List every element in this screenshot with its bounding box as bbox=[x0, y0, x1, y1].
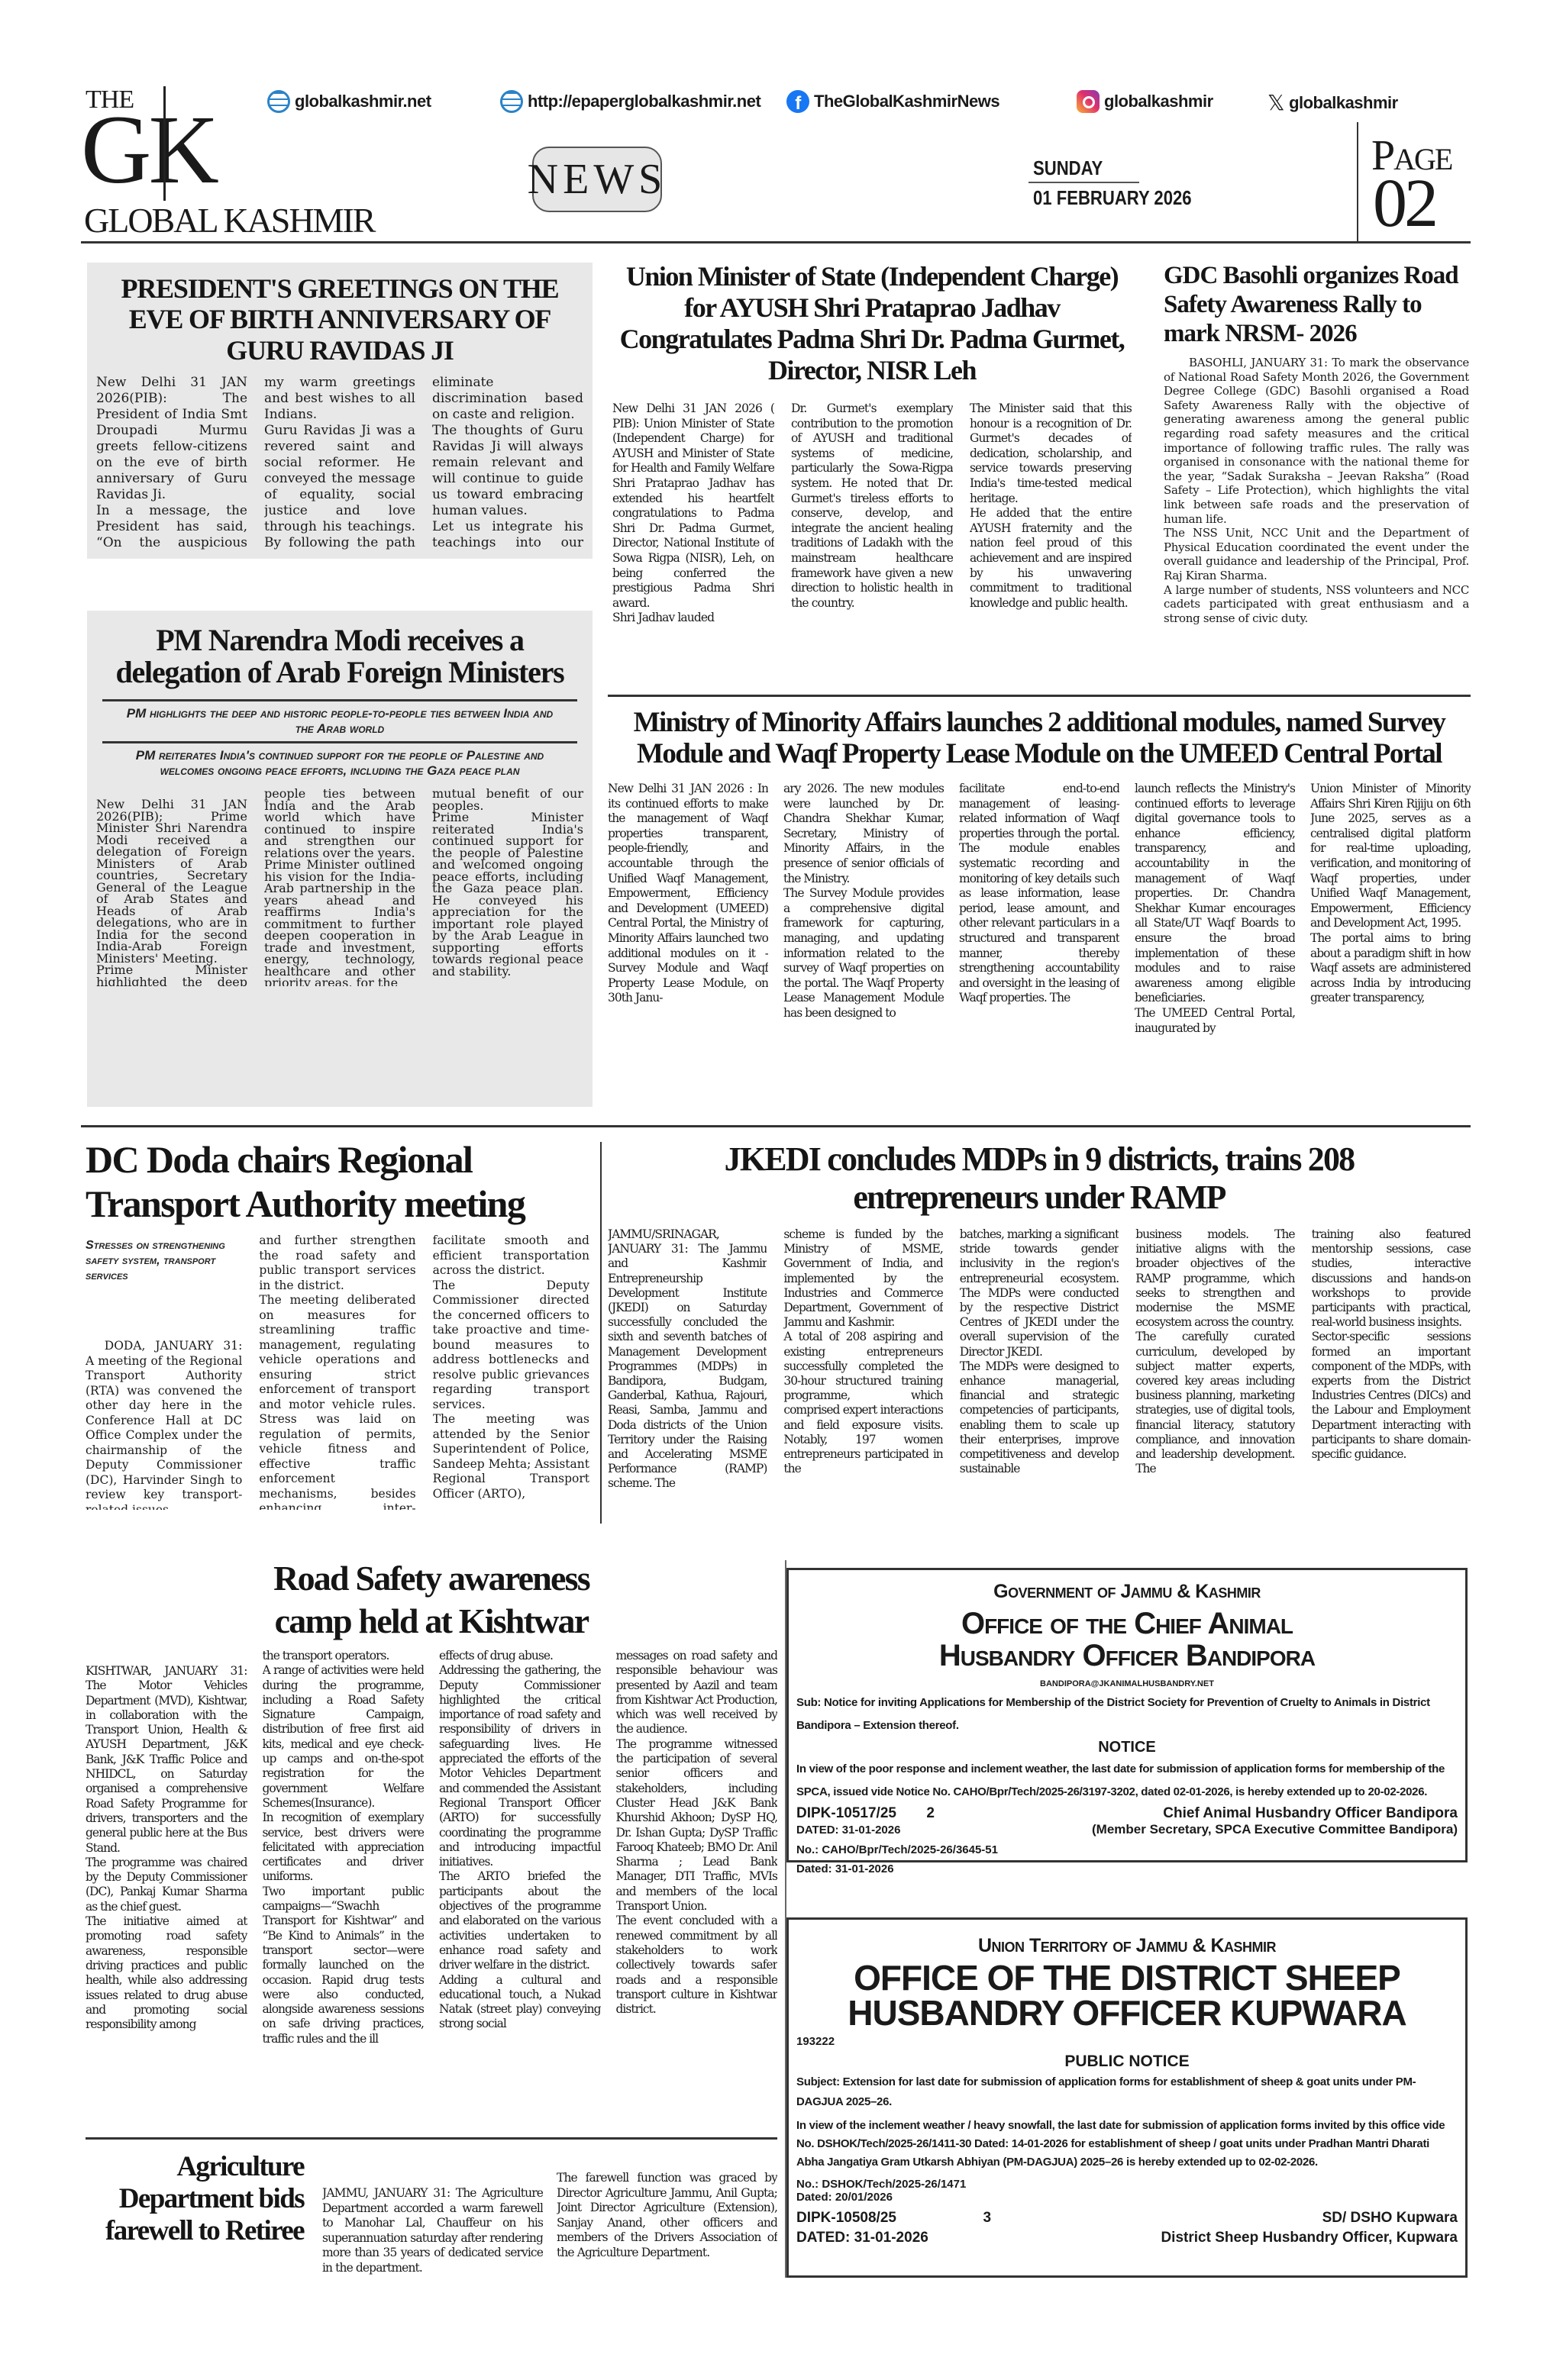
ad-signatory-role: District Sheep Husbandry Officer, Kupwar… bbox=[1161, 2230, 1458, 2246]
article-column: DODA, JANUARY 31: A meeting of the Regio… bbox=[86, 1339, 242, 1510]
ad-subject: Sub: Notice for inviting Applications fo… bbox=[796, 1691, 1458, 1737]
social-website[interactable]: globalkashmir.net bbox=[267, 90, 431, 113]
article-column: The farewell function was graced by Dire… bbox=[557, 2171, 777, 2276]
article-column-1: Stresses on strengthening safety system,… bbox=[86, 1234, 242, 1510]
article-column: mutual benefit of our peoples. Prime Min… bbox=[432, 788, 583, 986]
issue-day: SUNDAY bbox=[1033, 156, 1103, 180]
article-column: my warm greetings and best wishes to all… bbox=[264, 375, 415, 552]
article-column: effects of drug abuse. Addressing the ga… bbox=[439, 1649, 601, 2120]
ad-kicker: Union Territory of Jammu & Kashmir bbox=[796, 1935, 1458, 1957]
social-instagram[interactable]: globalkashmir bbox=[1077, 90, 1213, 113]
section-rule bbox=[608, 695, 1471, 697]
article-dc-doda-rta: DC Doda chairs Regional Transport Author… bbox=[86, 1137, 589, 1542]
article-deck: PM reiterates India's continued support … bbox=[96, 748, 583, 779]
article-headline: Agriculture Department bids farewell to … bbox=[86, 2151, 304, 2247]
masthead-name: GLOBAL KASHMIR bbox=[84, 200, 374, 240]
article-deck: Stresses on strengthening safety system,… bbox=[86, 1238, 242, 1339]
ad-ref-no: No.: DSHOK/Tech/2025-26/1471 bbox=[796, 2178, 1458, 2191]
ad-kupwara-public-notice: Union Territory of Jammu & Kashmir OFFIC… bbox=[786, 1917, 1468, 2278]
ad-ref-dated: Dated: 31-01-2026 bbox=[796, 1862, 1458, 1875]
page-divider bbox=[1357, 122, 1358, 243]
article-deck: PM highlights the deep and historic peop… bbox=[96, 706, 583, 737]
article-headline: Union Minister of State (Independent Cha… bbox=[608, 261, 1136, 386]
article-column: Dr. Gurmet's exemplary contribution to t… bbox=[791, 402, 953, 690]
social-facebook[interactable]: f TheGlobalKashmirNews bbox=[786, 90, 999, 113]
article-column: training also featured mentorship sessio… bbox=[1312, 1227, 1471, 1501]
x-icon: 𝕏 bbox=[1267, 90, 1284, 115]
article-column: the transport operators. A range of acti… bbox=[263, 1649, 425, 2120]
date-divider bbox=[1028, 182, 1139, 183]
article-column: business models. The initiative aligns w… bbox=[1135, 1227, 1294, 1501]
article-column: facilitate end-to-end management of leas… bbox=[959, 782, 1119, 1081]
article-column: launch reflects the Ministry's continued… bbox=[1135, 782, 1295, 1081]
column-divider bbox=[600, 1142, 602, 1524]
article-headline: DC Doda chairs Regional Transport Author… bbox=[86, 1137, 589, 1226]
globe-icon bbox=[267, 90, 290, 113]
article-headline: JKEDI concludes MDPs in 9 districts, tra… bbox=[608, 1140, 1471, 1217]
ad-signatory: Chief Animal Husbandry Officer Bandipora bbox=[1163, 1805, 1458, 1822]
deck-rule bbox=[102, 699, 577, 701]
ad-subject: Subject: Extension for last date for sub… bbox=[796, 2072, 1458, 2112]
article-column: JAMMU/SRINAGAR, JANUARY 31: The Jammu an… bbox=[608, 1227, 767, 1501]
masthead-rule bbox=[81, 241, 1471, 243]
ad-kicker: Government of Jammu & Kashmir bbox=[796, 1581, 1458, 1603]
deck-rule bbox=[102, 741, 577, 743]
ad-ref-dated: Dated: 20/01/2026 bbox=[796, 2191, 1458, 2204]
article-headline: PM Narendra Modi receives a delegation o… bbox=[96, 624, 583, 689]
article-column: New Delhi 31 JAN 2026(PIB): The Presiden… bbox=[96, 375, 247, 552]
article-column: batches, marking a significant stride to… bbox=[960, 1227, 1119, 1501]
social-x[interactable]: 𝕏 globalkashmir bbox=[1267, 90, 1398, 115]
article-column: and further strengthen the road safety a… bbox=[259, 1234, 415, 1510]
article-agriculture-farewell: Agriculture Department bids farewell to … bbox=[86, 2151, 777, 2281]
masthead-divider bbox=[163, 86, 166, 201]
ad-dipk-num: 3 bbox=[983, 2210, 992, 2227]
article-ayush-padma-gurmet: Union Minister of State (Independent Cha… bbox=[608, 261, 1136, 681]
ad-body: In view of the poor response and incleme… bbox=[796, 1758, 1458, 1804]
page-number: 02 bbox=[1373, 169, 1435, 238]
ad-body: In view of the inclement weather / heavy… bbox=[796, 2117, 1458, 2172]
ad-title: Office of the Chief Animal Husbandry Off… bbox=[796, 1608, 1458, 1672]
ad-bandipora-notice: Government of Jammu & Kashmir Office of … bbox=[786, 1568, 1468, 1862]
article-headline: PRESIDENT'S GREETINGS ON THE EVE OF BIRT… bbox=[96, 273, 583, 366]
article-column: KISHTWAR, JANUARY 31: The Motor Vehicles… bbox=[86, 1649, 247, 2120]
ad-title: OFFICE OF THE DISTRICT SHEEP HUSBANDRY O… bbox=[796, 1960, 1458, 2030]
ad-signatory-role: (Member Secretary, SPCA Executive Commit… bbox=[1092, 1822, 1458, 1837]
article-column: Union Minister of Minority Affairs Shri … bbox=[1310, 782, 1471, 1081]
article-column: people ties between India and the Arab w… bbox=[264, 788, 415, 986]
ad-pin: 193222 bbox=[796, 2035, 1458, 2048]
article-column: ary 2026. The new modules were launched … bbox=[783, 782, 944, 1081]
article-column: eliminate discrimination based on caste … bbox=[432, 375, 583, 552]
ad-dated: DATED: 31-01-2026 bbox=[796, 1824, 900, 1837]
ad-dated: DATED: 31-01-2026 bbox=[796, 2230, 928, 2246]
article-kishtwar-road-safety: Road Safety awareness camp held at Kisht… bbox=[86, 1557, 777, 2137]
ad-dipk: DIPK-10517/25 bbox=[796, 1805, 896, 1822]
article-column: facilitate smooth and efficient transpor… bbox=[433, 1234, 589, 1510]
masthead-logo: GK bbox=[81, 101, 216, 198]
article-column: scheme is funded by the Ministry of MSME… bbox=[783, 1227, 942, 1501]
article-column: New Delhi 31 JAN 2026 : In its continued… bbox=[608, 782, 768, 1081]
ad-notice-title: PUBLIC NOTICE bbox=[796, 2053, 1458, 2071]
ad-notice-title: NOTICE bbox=[796, 1739, 1458, 1756]
article-umeed-portal: Ministry of Minority Affairs launches 2 … bbox=[608, 707, 1471, 1119]
instagram-icon bbox=[1077, 90, 1100, 113]
ad-ref-no: No.: CAHO/Bpr/Tech/2025-26/3645-51 bbox=[796, 1843, 1458, 1856]
article-body: BASOHLI, JANUARY 31: To mark the observa… bbox=[1164, 356, 1469, 661]
issue-date: 01 FEBRUARY 2026 bbox=[1033, 186, 1192, 210]
article-column: New Delhi 31 JAN 2026 ( PIB): Union Mini… bbox=[612, 402, 774, 690]
article-pm-arab-ministers: PM Narendra Modi receives a delegation o… bbox=[87, 611, 593, 1107]
ad-dipk-num: 2 bbox=[926, 1805, 935, 1822]
section-rule bbox=[86, 2137, 777, 2140]
ad-dipk: DIPK-10508/25 bbox=[796, 2210, 896, 2227]
section-label: NEWS bbox=[532, 147, 662, 212]
article-column: The Minister said that this honour is a … bbox=[970, 402, 1132, 690]
article-headline: Ministry of Minority Affairs launches 2 … bbox=[608, 707, 1471, 769]
social-epaper[interactable]: http://epaperglobalkashmir.net bbox=[500, 90, 760, 113]
globe-icon bbox=[500, 90, 523, 113]
article-column: JAMMU, JANUARY 31: The Agriculture Depar… bbox=[322, 2171, 543, 2276]
article-column: messages on road safety and responsible … bbox=[616, 1649, 778, 2120]
article-column: New Delhi 31 JAN 2026(PIB); Prime Minist… bbox=[96, 788, 247, 986]
article-president-greetings: PRESIDENT'S GREETINGS ON THE EVE OF BIRT… bbox=[87, 263, 593, 559]
article-headline: Road Safety awareness camp held at Kisht… bbox=[86, 1557, 777, 1643]
ad-email: BANDIPORA@JKANIMALHUSBANDRY.NET bbox=[796, 1679, 1458, 1688]
ad-signatory: SD/ DSHO Kupwara bbox=[1322, 2210, 1458, 2227]
article-headline: GDC Basohli organizes Road Safety Awaren… bbox=[1164, 261, 1469, 348]
facebook-icon: f bbox=[786, 90, 809, 113]
article-gdc-basohli: GDC Basohli organizes Road Safety Awaren… bbox=[1164, 261, 1469, 681]
section-rule bbox=[81, 1125, 1471, 1127]
article-jkedi-mdps: JKEDI concludes MDPs in 9 districts, tra… bbox=[608, 1140, 1471, 1537]
